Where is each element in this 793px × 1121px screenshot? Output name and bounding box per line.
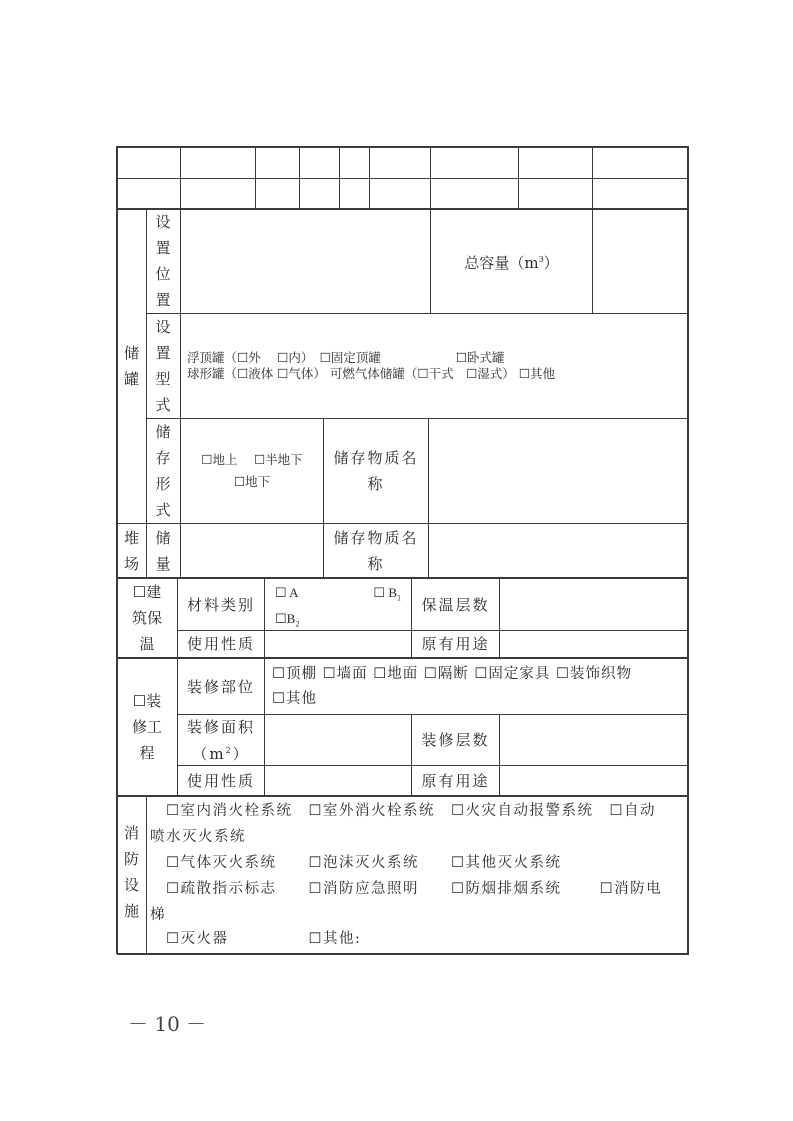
yard-amount-label: 储量	[146, 524, 180, 577]
insulation-material-label: 材料类别	[178, 579, 264, 630]
material-option-a[interactable]: ☐ A	[275, 583, 299, 609]
renovation-area-text: 装修面积	[187, 715, 255, 739]
tank-type-label: 设置型式	[146, 314, 180, 418]
tank-location-label: 设置位置	[146, 209, 180, 313]
insulation-original-use-label: 原有用途	[412, 631, 499, 657]
tank-capacity-text: 总容量（m3）	[464, 247, 558, 276]
tank-type-options-line1[interactable]: 浮顶罐（☐外 ☐内） ☐固定顶罐 ☐卧式罐	[187, 350, 505, 366]
renovation-original-use-text: 原有用途	[421, 768, 489, 794]
table-border-bottom	[117, 953, 689, 955]
col-divider	[146, 796, 147, 954]
renovation-group-checkbox[interactable]: ☐装修工程	[117, 659, 177, 795]
insulation-material-options[interactable]: ☐ A ☐ B1 ☐B2	[265, 579, 411, 630]
fire-facilities-text: 消防设施	[124, 820, 139, 924]
renovation-area-label: 装修面积 （m2）	[178, 715, 264, 765]
storage-form-text: 储存形式	[156, 419, 171, 523]
insulation-layers-field[interactable]	[500, 579, 687, 630]
tank-capacity-label: 总容量（m3）	[431, 209, 592, 313]
tank-type-options[interactable]: 浮顶罐（☐外 ☐内） ☐固定顶罐 ☐卧式罐 球形罐（☐液体 ☐气体） 可燃气体储…	[187, 314, 687, 418]
fire-option-line[interactable]: ☐灭火器 ☐其他:	[150, 927, 361, 948]
insulation-group-checkbox[interactable]: ☐建筑保温	[117, 579, 177, 657]
yard-group-label: 堆场	[117, 524, 146, 577]
insulation-usage-label: 使用性质	[178, 631, 264, 657]
insulation-original-use-text: 原有用途	[421, 631, 489, 657]
renovation-layers-text: 装修层数	[421, 727, 489, 753]
yard-substance-text: 储存物质名称	[332, 525, 420, 577]
renovation-parts-line2[interactable]: ☐其他	[272, 687, 317, 712]
tank-substance-text: 储存物质名称	[332, 445, 420, 497]
renovation-parts-label: 装修部位	[178, 659, 264, 714]
fire-option-line[interactable]: 喷水灭火系统	[150, 825, 246, 846]
renovation-group-text: ☐装修工程	[129, 688, 165, 766]
storage-form-options-line2[interactable]: ☐地下	[234, 471, 270, 493]
tank-location-field[interactable]	[181, 209, 430, 313]
renovation-area-field[interactable]	[265, 715, 411, 765]
insulation-usage-field[interactable]	[265, 631, 411, 657]
renovation-usage-field[interactable]	[265, 766, 411, 795]
renovation-usage-text: 使用性质	[187, 768, 255, 794]
tank-type-text: 设置型式	[156, 314, 171, 418]
storage-form-label: 储存形式	[146, 419, 180, 523]
yard-amount-text: 储量	[156, 525, 171, 577]
renovation-parts-text: 装修部位	[187, 674, 255, 700]
storage-form-options[interactable]: ☐地上 ☐半地下 ☐地下	[181, 419, 323, 523]
yard-substance-field[interactable]	[429, 524, 687, 577]
fire-option-line[interactable]: ☐室内消火栓系统 ☐室外消火栓系统 ☐火灾自动报警系统 ☐自动	[150, 799, 656, 820]
renovation-layers-label: 装修层数	[412, 715, 499, 765]
yard-group-text: 堆场	[124, 525, 139, 577]
tank-type-options-line2[interactable]: 球形罐（☐液体 ☐气体） 可燃气体储罐（☐干式 ☐湿式） ☐其他	[187, 366, 555, 382]
insulation-usage-text: 使用性质	[187, 631, 255, 657]
renovation-parts-line1[interactable]: ☐顶棚 ☐墙面 ☐地面 ☐隔断 ☐固定家具 ☐装饰织物	[272, 662, 632, 687]
insulation-material-text: 材料类别	[187, 592, 255, 618]
renovation-original-use-field[interactable]	[500, 766, 687, 795]
fire-option-line[interactable]: ☐气体灭火系统 ☐泡沫灭火系统 ☐其他灭火系统	[150, 851, 562, 872]
tank-location-text: 设置位置	[156, 209, 171, 313]
yard-amount-field[interactable]	[181, 524, 323, 577]
page-number: － 10 －	[128, 1008, 206, 1037]
fire-facilities-label: 消防设施	[117, 820, 146, 924]
insulation-layers-label: 保温层数	[412, 579, 499, 630]
renovation-area-unit: （m2）	[192, 739, 249, 766]
material-option-b2[interactable]: ☐B2	[275, 611, 299, 626]
renovation-layers-field[interactable]	[500, 715, 687, 765]
storage-form-options-line1[interactable]: ☐地上 ☐半地下	[201, 449, 302, 471]
renovation-original-use-label: 原有用途	[412, 766, 499, 795]
fire-option-line[interactable]: ☐疏散指示标志 ☐消防应急照明 ☐防烟排烟系统 ☐消防电	[150, 877, 662, 898]
table-border-right	[687, 146, 689, 954]
tank-substance-label: 储存物质名称	[324, 419, 428, 523]
material-option-b1[interactable]: ☐ B1	[373, 583, 401, 609]
renovation-usage-label: 使用性质	[178, 766, 264, 795]
fire-option-line[interactable]: 梯	[150, 903, 166, 924]
yard-substance-label: 储存物质名称	[324, 524, 428, 577]
tank-group-text: 储罐	[124, 340, 139, 392]
insulation-group-text: ☐建筑保温	[129, 579, 165, 657]
tank-substance-field[interactable]	[429, 419, 687, 523]
tank-capacity-field[interactable]	[593, 209, 687, 313]
tank-group-label: 储罐	[117, 313, 146, 418]
fire-facilities-options[interactable]: ☐室内消火栓系统 ☐室外消火栓系统 ☐火灾自动报警系统 ☐自动 喷水灭火系统 ☐…	[150, 797, 686, 953]
insulation-layers-text: 保温层数	[421, 592, 489, 618]
insulation-original-use-field[interactable]	[500, 631, 687, 657]
renovation-parts-options[interactable]: ☐顶棚 ☐墙面 ☐地面 ☐隔断 ☐固定家具 ☐装饰织物 ☐其他	[272, 659, 687, 714]
top-blank-rows[interactable]	[117, 147, 688, 208]
